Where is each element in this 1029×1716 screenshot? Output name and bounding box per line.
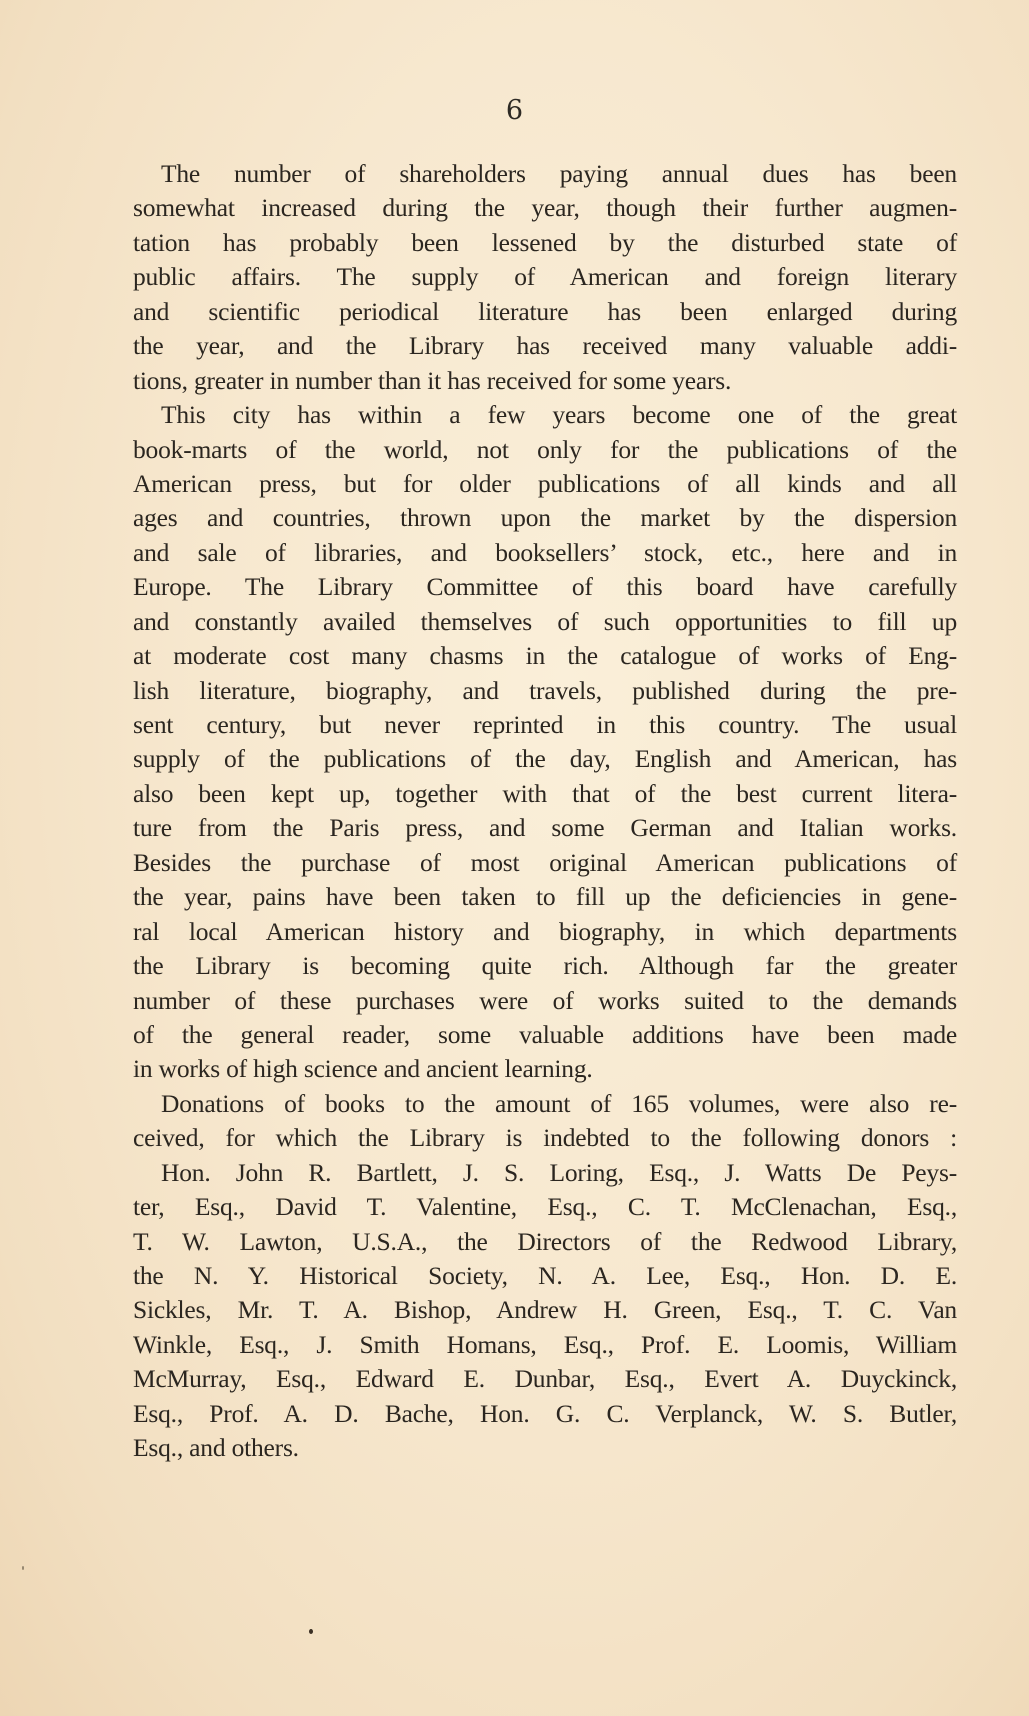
text-line: Sickles, Mr. T. A. Bishop, Andrew H. Gre… <box>133 1293 957 1327</box>
text-line: Winkle, Esq., J. Smith Homans, Esq., Pro… <box>133 1328 957 1362</box>
text-line: the N. Y. Historical Society, N. A. Lee,… <box>133 1259 957 1293</box>
paper-speck <box>22 1566 24 1570</box>
text-line: Esq., Prof. A. D. Bache, Hon. G. C. Verp… <box>133 1397 957 1431</box>
text-line: Europe. The Library Committee of this bo… <box>133 570 957 604</box>
paragraph-book-marts: This city has within a few years become … <box>133 398 957 1087</box>
text-line: sent century, but never reprinted in thi… <box>133 708 957 742</box>
text-line: and constantly availed themselves of suc… <box>133 605 957 639</box>
text-line: The number of shareholders paying annual… <box>133 157 957 191</box>
paragraph-dues-and-periodicals: The number of shareholders paying annual… <box>133 157 957 398</box>
text-line: of the general reader, some valuable add… <box>133 1018 957 1052</box>
text-line: at moderate cost many chasms in the cata… <box>133 639 957 673</box>
text-line: ter, Esq., David T. Valentine, Esq., C. … <box>133 1190 957 1224</box>
text-line: Besides the purchase of most original Am… <box>133 846 957 880</box>
text-line: T. W. Lawton, U.S.A., the Directors of t… <box>133 1225 957 1259</box>
text-line: tions, greater in number than it has rec… <box>133 364 957 398</box>
text-line: Hon. John R. Bartlett, J. S. Loring, Esq… <box>133 1156 957 1190</box>
text-line: American press, but for older publicatio… <box>133 467 957 501</box>
text-line: Donations of books to the amount of 165 … <box>133 1087 957 1121</box>
paper-speck <box>309 1629 313 1634</box>
text-line: in works of high science and ancient lea… <box>133 1052 957 1086</box>
text-line: book-marts of the world, not only for th… <box>133 433 957 467</box>
text-line: ture from the Paris press, and some Germ… <box>133 811 957 845</box>
text-line: and sale of libraries, and booksellers’ … <box>133 536 957 570</box>
paragraph-donations: Donations of books to the amount of 165 … <box>133 1087 957 1156</box>
paragraph-donor-list: Hon. John R. Bartlett, J. S. Loring, Esq… <box>133 1156 957 1466</box>
text-line: the year, pains have been taken to fill … <box>133 880 957 914</box>
text-line: lish literature, biography, and travels,… <box>133 674 957 708</box>
text-line: the year, and the Library has received m… <box>133 329 957 363</box>
text-line: supply of the publications of the day, E… <box>133 742 957 776</box>
text-line: and scientific periodical literature has… <box>133 295 957 329</box>
body-text: The number of shareholders paying annual… <box>133 157 957 1466</box>
text-line: ceived, for which the Library is indebte… <box>133 1121 957 1155</box>
text-line: also been kept up, together with that of… <box>133 777 957 811</box>
text-line: public affairs. The supply of American a… <box>133 260 957 294</box>
text-line: tation has probably been lessened by the… <box>133 226 957 260</box>
text-line: the Library is becoming quite rich. Alth… <box>133 949 957 983</box>
text-line: Esq., and others. <box>133 1431 957 1465</box>
text-line: McMurray, Esq., Edward E. Dunbar, Esq., … <box>133 1362 957 1396</box>
text-line: number of these purchases were of works … <box>133 984 957 1018</box>
text-line: ral local American history and biography… <box>133 915 957 949</box>
book-page: 6 The number of shareholders paying annu… <box>0 0 1029 1716</box>
page-number: 6 <box>0 96 1029 126</box>
text-line: somewhat increased during the year, thou… <box>133 191 957 225</box>
text-line: ages and countries, thrown upon the mark… <box>133 501 957 535</box>
text-line: This city has within a few years become … <box>133 398 957 432</box>
